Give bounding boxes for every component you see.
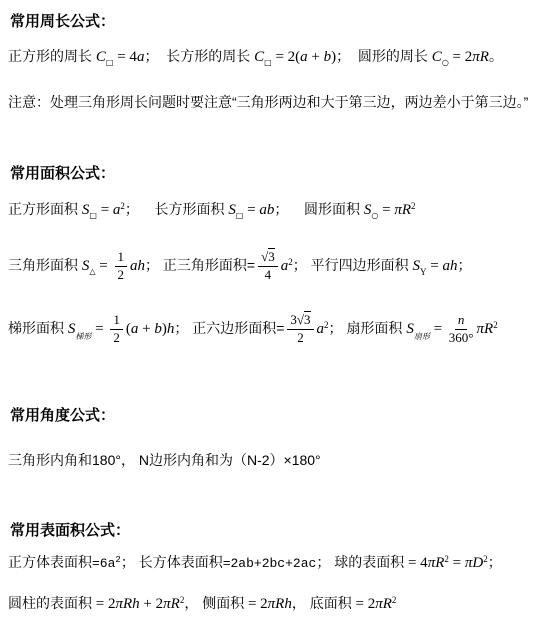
label-base-area: 底面积	[310, 595, 352, 611]
math-var-a: a	[317, 321, 325, 337]
fraction-denominator: 2	[297, 330, 304, 346]
math-operator: = 2(	[272, 49, 300, 65]
label-cylinder-surface: 圆柱的表面积	[8, 595, 92, 611]
math-operator-plus: +	[138, 321, 154, 337]
math-operator: =	[91, 321, 107, 337]
math-operator: =	[449, 555, 465, 571]
separator-semicolon: ；	[144, 48, 166, 64]
label-parallelogram-area: 平行四边形面积	[311, 257, 413, 273]
trapezoid-subscript: 梯形	[75, 332, 91, 341]
math-var-S: S	[406, 321, 414, 337]
label-circle-area: 圆形面积	[304, 201, 364, 217]
superscript-2: 2	[392, 595, 397, 605]
label-triangle-area: 三角形面积	[8, 257, 82, 273]
section-title-perimeter: 常用周长公式：	[10, 10, 115, 31]
math-var-piR: πR	[163, 596, 180, 612]
area-formula-line-3: 梯形面积 S梯形 = 12(a + b)h； 正六边形面积=3√32a2； 扇形…	[8, 313, 498, 346]
separator-semicolon: ；	[488, 554, 502, 570]
math-var-piR: πR	[472, 49, 489, 65]
math-var-S: S	[413, 258, 421, 274]
math-var-C: C	[254, 49, 264, 65]
math-operator-plus: +	[308, 49, 324, 65]
fraction-one-half: 12	[115, 250, 128, 283]
fraction-denominator: 4	[265, 267, 272, 283]
label-rectangle-perimeter: 长方形的周长	[166, 48, 254, 64]
separator-semicolon: ；	[274, 201, 304, 217]
separator-comma: ，	[292, 595, 310, 611]
fraction-denominator: 2	[113, 330, 120, 346]
perimeter-formula-line: 正方形的周长 C□ = 4a； 长方形的周长 C□ = 2(a + b)； 圆形…	[8, 46, 503, 67]
cube-surface-formula: =6a	[92, 556, 115, 571]
separator-semicolon: ；	[125, 201, 155, 217]
math-operator: =	[96, 258, 112, 274]
square-subscript: □	[264, 58, 272, 67]
math-operator: =	[427, 258, 443, 274]
circle-subscript: ○	[442, 58, 449, 67]
radical-icon: √	[297, 312, 304, 327]
math-var-a: a	[300, 49, 308, 65]
area-formula-line-1: 正方形面积 S□ = a2； 长方形面积 S□ = ab； 圆形面积 S○ = …	[8, 199, 416, 220]
label-sphere-surface: 球的表面积	[334, 554, 404, 570]
label-square-perimeter: 正方形的周长	[8, 48, 96, 64]
math-operator: =	[243, 202, 259, 218]
math-var-ab: ab	[259, 202, 274, 218]
math-operator: = 4	[113, 49, 136, 65]
triangle-inequality-note: 注意：处理三角形周长问题时要注意“三角形两边和大于第三边，两边差小于第三边。”	[8, 94, 528, 110]
section-title-angle: 常用角度公式：	[10, 404, 115, 425]
math-var-C: C	[96, 49, 106, 65]
section-title-area: 常用面积公式：	[10, 162, 115, 183]
separator-semicolon: ；	[121, 554, 139, 570]
fraction-numerator: n	[455, 313, 468, 330]
fraction-numerator: 3√3	[287, 313, 313, 330]
area-formula-line-2: 三角形面积 S△ = 12ah； 正三角形面积=√34a2； 平行四边形面积 S…	[8, 250, 471, 283]
math-operator: = 2	[449, 49, 472, 65]
fraction-numerator: 1	[115, 250, 128, 267]
label-circle-perimeter: 圆形的周长	[358, 48, 432, 64]
math-operator: = 2	[244, 596, 267, 612]
separator-semicolon: ；	[145, 257, 163, 273]
separator-semicolon: ；	[316, 554, 334, 570]
separator-semicolon: ；	[329, 320, 347, 336]
cuboid-surface-formula: =2ab+2bc+2ac	[223, 556, 317, 571]
math-var-ah: ah	[442, 258, 457, 274]
fraction-3sqrt3-over-2: 3√32	[287, 313, 313, 346]
label-rectangle-area: 长方形面积	[154, 201, 228, 217]
math-var-C: C	[432, 49, 442, 65]
math-var-b: b	[324, 49, 332, 65]
math-operator: =	[430, 321, 446, 337]
surface-formula-line-1: 正方体表面积=6a2； 长方体表面积=2ab+2bc+2ac； 球的表面积 = …	[8, 552, 502, 572]
label-hexagon-area: 正六边形面积=	[192, 320, 284, 336]
section-title-surface-area: 常用表面积公式：	[10, 519, 130, 540]
label-cube-surface: 正方体表面积	[8, 554, 92, 570]
math-operator: = 4	[404, 555, 427, 571]
math-operator-plus: + 2	[140, 596, 163, 612]
period: 。	[489, 48, 503, 64]
math-var-piD: πD	[465, 555, 483, 571]
math-var-S: S	[228, 202, 236, 218]
math-var-b: b	[154, 321, 162, 337]
fraction-denominator: 360°	[449, 330, 474, 346]
fraction-n-over-360: n360°	[449, 313, 474, 346]
square-subscript: □	[89, 211, 97, 220]
fraction-sqrt3-over-4: √34	[258, 250, 278, 283]
separator-semicolon: ；	[293, 257, 311, 273]
math-operator: =	[378, 202, 394, 218]
math-var-piRh: πRh	[115, 596, 139, 612]
fraction-denominator: 2	[118, 267, 125, 283]
separator-semicolon: ；	[174, 320, 192, 336]
radicand-3: 3	[304, 311, 311, 327]
fraction-numerator: √3	[258, 250, 278, 267]
math-operator: = 2	[92, 596, 115, 612]
superscript-2: 2	[411, 201, 416, 211]
perimeter-note-line: 注意：处理三角形周长问题时要注意“三角形两边和大于第三边，两边差小于第三边。”	[8, 92, 528, 112]
separator-semicolon: ；	[457, 257, 471, 273]
math-var-piRh: πRh	[268, 596, 292, 612]
document-page: 常用周长公式： 正方形的周长 C□ = 4a； 长方形的周长 C□ = 2(a …	[0, 0, 560, 631]
math-var-piR: πR	[428, 555, 445, 571]
label-lateral-surface: 侧面积	[202, 595, 244, 611]
angle-formula-line: 三角形内角和180°， N边形内角和为（N-2）×180°	[8, 450, 321, 470]
fraction-one-half: 12	[110, 313, 123, 346]
sector-subscript: 扇形	[414, 332, 430, 341]
math-operator: =	[97, 202, 113, 218]
math-var-piR: πR	[477, 321, 494, 337]
radicand-3: 3	[268, 248, 275, 264]
label-trapezoid-area: 梯形面积	[8, 320, 68, 336]
superscript-2: 2	[493, 320, 498, 330]
math-var-piR: πR	[394, 202, 411, 218]
separator-semicolon: ；	[336, 48, 358, 64]
label-equilateral-triangle-area: 正三角形面积=	[163, 257, 255, 273]
label-cuboid-surface: 长方体表面积	[139, 554, 223, 570]
angle-sum-text: 三角形内角和180°， N边形内角和为（N-2）×180°	[8, 452, 321, 468]
math-var-ah: ah	[130, 258, 145, 274]
fraction-numerator: 1	[110, 313, 123, 330]
surface-formula-line-2: 圆柱的表面积 = 2πRh + 2πR2， 侧面积 = 2πRh， 底面积 = …	[8, 593, 396, 613]
label-square-area: 正方形面积	[8, 201, 82, 217]
label-sector-area: 扇形面积	[346, 320, 406, 336]
math-var-piR: πR	[375, 596, 392, 612]
separator-comma: ，	[184, 595, 202, 611]
math-operator: = 2	[352, 596, 375, 612]
